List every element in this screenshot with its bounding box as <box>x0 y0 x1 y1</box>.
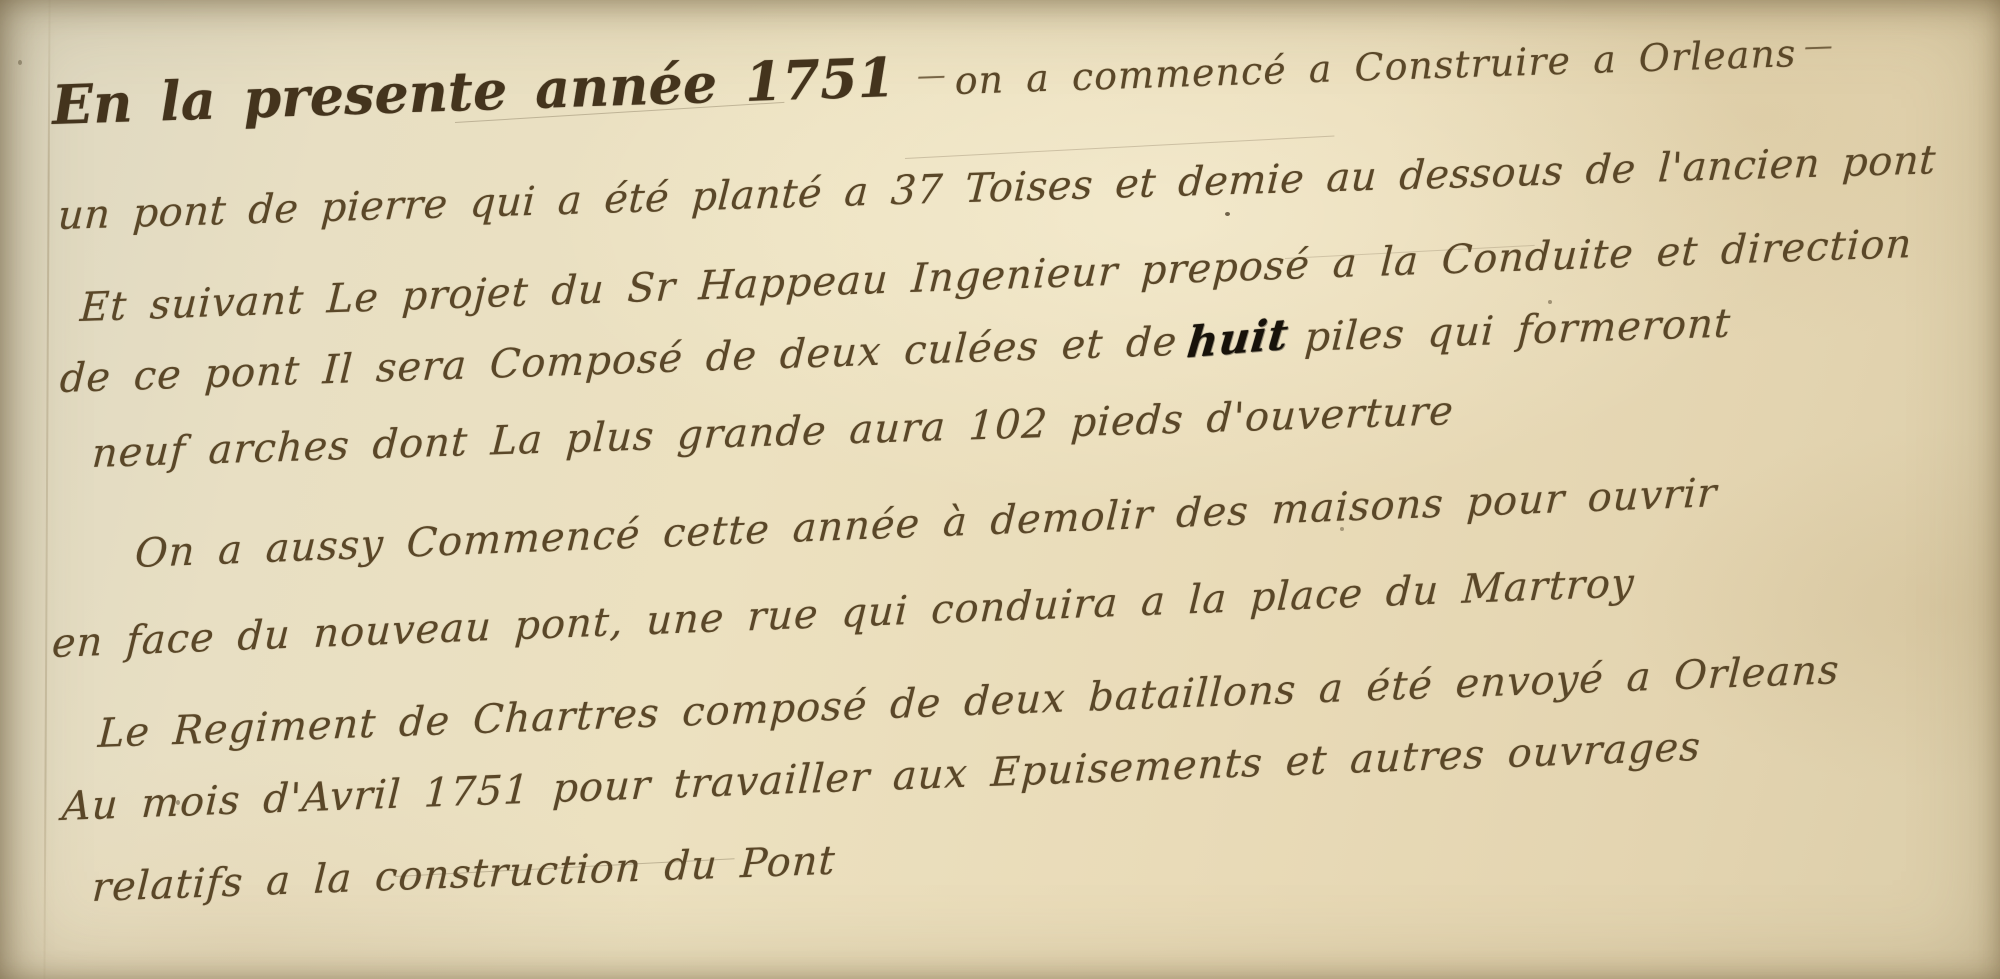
fold-crease <box>43 0 50 979</box>
line-text: piles qui formeront <box>1303 301 1732 361</box>
manuscript-line-2: un pont de pierre qui a été planté a 37 … <box>57 140 1937 236</box>
ink-speck <box>1548 300 1552 304</box>
manuscript-line-5: neuf arches dont La plus grande aura 102… <box>91 391 1455 474</box>
line-text: en face du nouveau pont, une rue qui con… <box>51 560 1636 667</box>
pencil-guide-line <box>905 135 1334 159</box>
line-opening-text: En la presente année 1751 <box>51 45 896 137</box>
ink-dash: — <box>1803 29 1834 63</box>
manuscript-line-7: en face du nouveau pont, une rue qui con… <box>51 563 1636 664</box>
ink-speck <box>1225 212 1230 216</box>
ink-dash: — <box>916 58 947 92</box>
manuscript-line-6: On a aussy Commencé cette année à demoli… <box>134 473 1718 574</box>
line-text: de ce pont Il sera Composé de deux culée… <box>59 319 1179 402</box>
line-text: neuf arches dont La plus grande aura 102… <box>91 388 1455 477</box>
line-text: On a aussy Commencé cette année à demoli… <box>134 470 1718 577</box>
manuscript-line-10: relatifs a la construction du Pont <box>91 841 837 908</box>
inserted-word-huit: huit <box>1185 312 1291 363</box>
line-text: relatifs a la construction du Pont <box>91 838 837 911</box>
line-text: on a commencé a Construire a Orleans <box>954 31 1797 103</box>
ink-speck <box>18 60 22 65</box>
manuscript-line-1: En la presente année 1751—on a commencé … <box>51 19 1842 132</box>
manuscript-page: En la presente année 1751—on a commencé … <box>0 0 2000 979</box>
